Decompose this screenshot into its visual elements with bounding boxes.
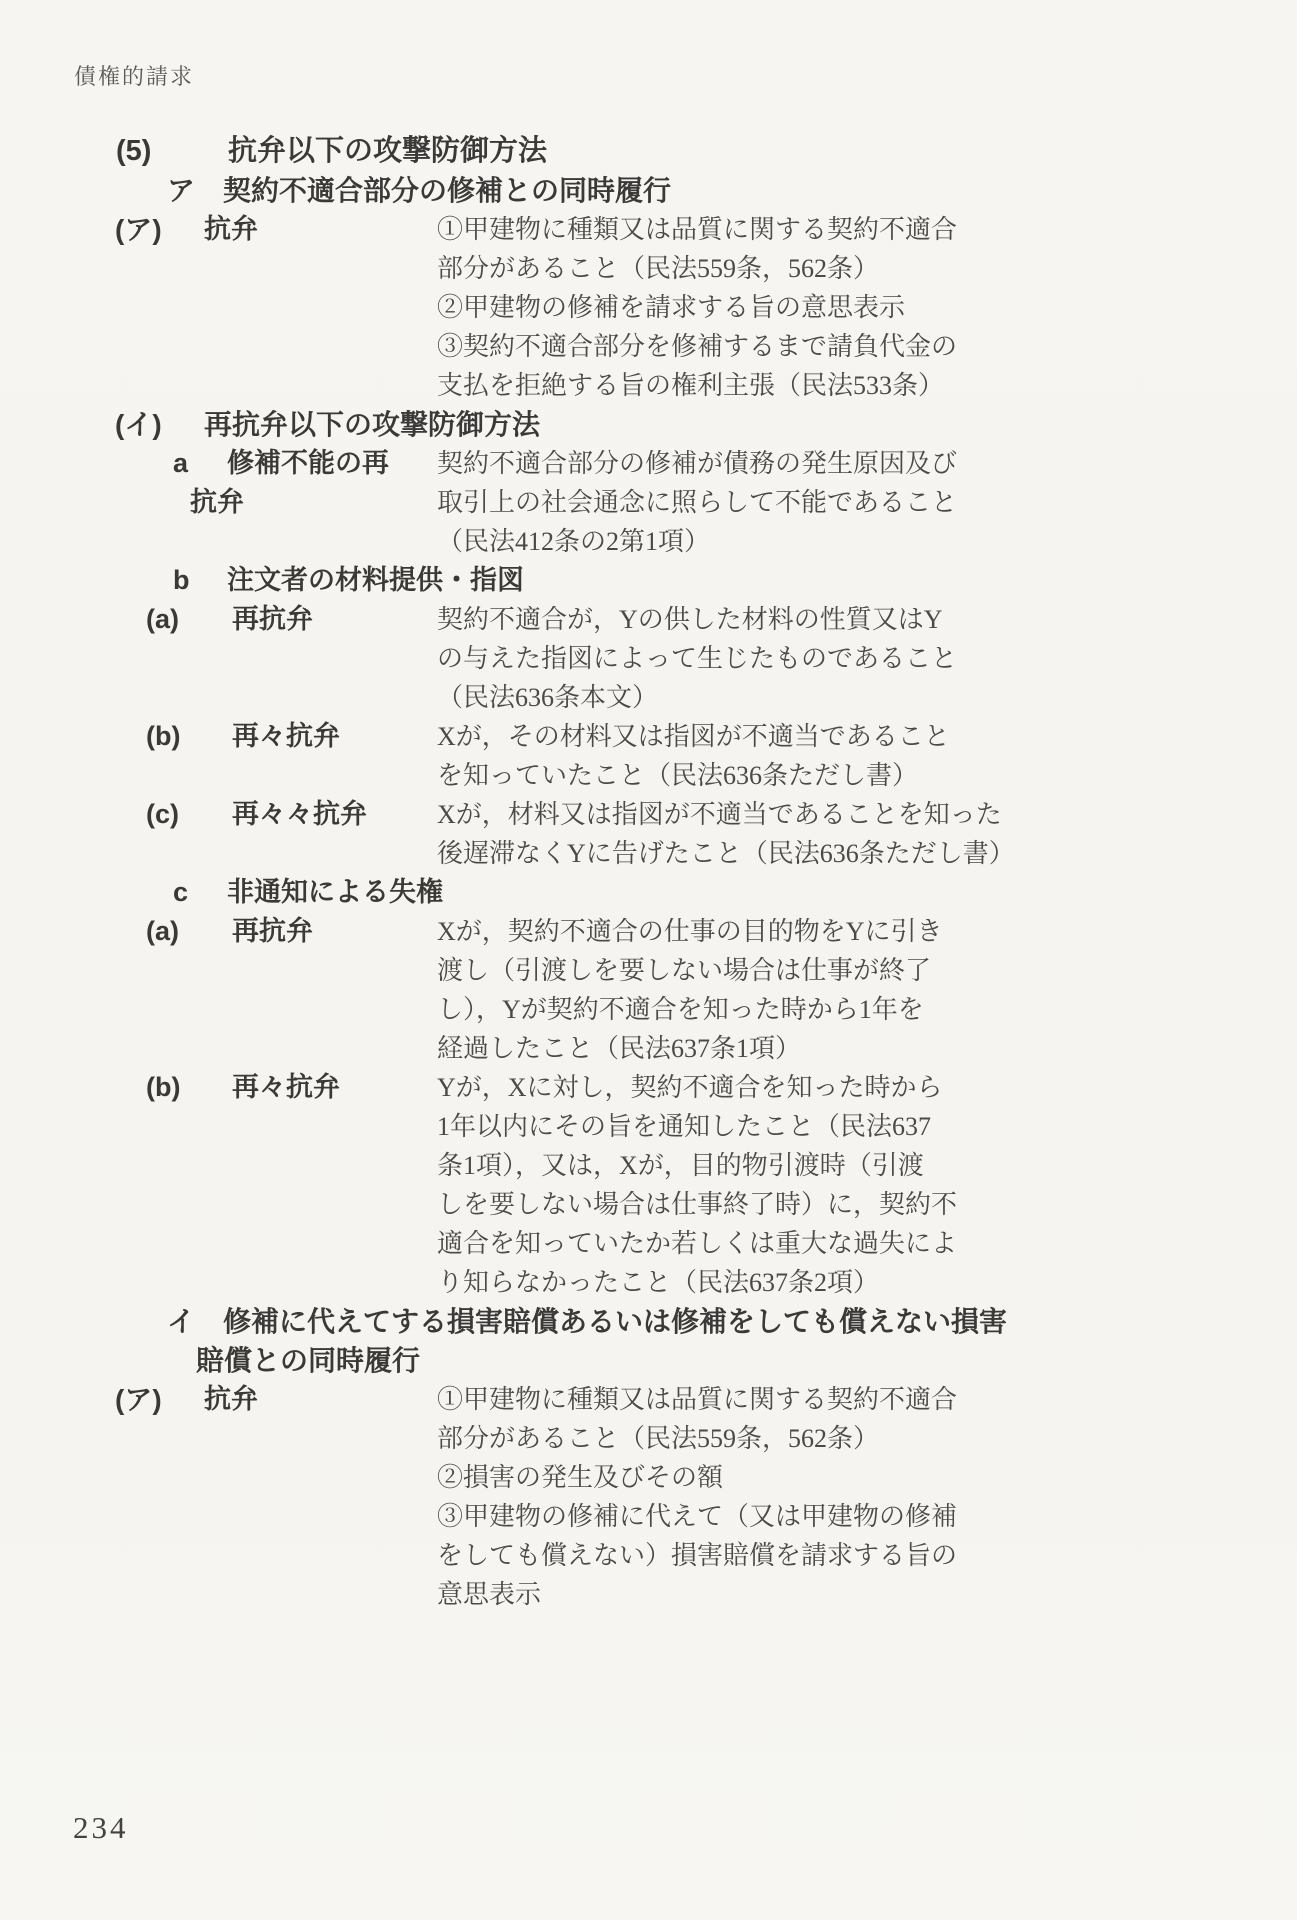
item-label: 再々々抗弁: [232, 795, 367, 834]
text-line: (b)再々抗弁Xが，その材料又は指図が不適当であること: [0, 717, 1297, 756]
heading-text: 再抗弁以下の攻撃防御方法: [204, 405, 540, 444]
text-line: ③甲建物の修補に代えて（又は甲建物の修補: [0, 1497, 1297, 1536]
item-label: 再抗弁: [232, 912, 313, 951]
content-line: を知っていたこと（民法636条ただし書）: [437, 756, 918, 795]
text-line: 抗弁取引上の社会通念に照らして不能であること: [0, 483, 1297, 522]
item-number: (ア): [115, 210, 162, 249]
text-line: 意思表示: [0, 1575, 1297, 1614]
content-line: ③契約不適合部分を修補するまで請負代金の: [437, 327, 957, 366]
heading-text: 賠償との同時履行: [196, 1341, 420, 1380]
heading-text: 抗弁以下の攻撃防御方法: [228, 132, 547, 171]
text-line: イ修補に代えてする損害賠償あるいは修補をしても償えない損害: [0, 1302, 1297, 1341]
text-line: (a)再抗弁Xが，契約不適合の仕事の目的物をYに引き: [0, 912, 1297, 951]
text-line: (a)再抗弁契約不適合が，Yの供した材料の性質又はY: [0, 600, 1297, 639]
item-number: (5): [116, 132, 151, 171]
content-line: しを要しない場合は仕事終了時）に，契約不: [437, 1185, 957, 1224]
text-line: 賠償との同時履行: [0, 1341, 1297, 1380]
content-line: 条1項），又は，Xが，目的物引渡時（引渡: [437, 1146, 924, 1185]
text-line: （民法412条の2第1項）: [0, 522, 1297, 561]
text-line: 適合を知っていたか若しくは重大な過失によ: [0, 1224, 1297, 1263]
heading-text: 修補に代えてする損害賠償あるいは修補をしても償えない損害: [223, 1302, 1007, 1341]
content-line: Xが，契約不適合の仕事の目的物をYに引き: [437, 912, 943, 951]
item-label: 抗弁: [204, 1380, 258, 1419]
content-line: の与えた指図によって生じたものであること: [437, 639, 957, 678]
content-line: ②甲建物の修補を請求する旨の意思表示: [437, 288, 905, 327]
content-line: 適合を知っていたか若しくは重大な過失によ: [437, 1224, 957, 1263]
text-line: の与えた指図によって生じたものであること: [0, 639, 1297, 678]
content-line: し），Yが契約不適合を知った時から1年を: [437, 990, 924, 1029]
text-line: 渡し（引渡しを要しない場合は仕事が終了: [0, 951, 1297, 990]
text-line: (b)再々抗弁Yが，Xに対し，契約不適合を知った時から: [0, 1068, 1297, 1107]
text-line: ②損害の発生及びその額: [0, 1458, 1297, 1497]
item-number: ア: [167, 171, 195, 210]
text-line: (ア)抗弁①甲建物に種類又は品質に関する契約不適合: [0, 1380, 1297, 1419]
text-line: (ア)抗弁①甲建物に種類又は品質に関する契約不適合: [0, 210, 1297, 249]
text-line: 後遅滞なくYに告げたこと（民法636条ただし書）: [0, 834, 1297, 873]
content-line: 契約不適合部分の修補が債務の発生原因及び: [437, 444, 957, 483]
content-line: ①甲建物に種類又は品質に関する契約不適合: [437, 1380, 957, 1419]
text-line: （民法636条本文）: [0, 678, 1297, 717]
text-line: ③契約不適合部分を修補するまで請負代金の: [0, 327, 1297, 366]
text-line: しを要しない場合は仕事終了時）に，契約不: [0, 1185, 1297, 1224]
text-line: ア契約不適合部分の修補との同時履行: [0, 171, 1297, 210]
content-line: 渡し（引渡しを要しない場合は仕事が終了: [437, 951, 931, 990]
text-line: し），Yが契約不適合を知った時から1年を: [0, 990, 1297, 1029]
book-page: 債権的請求 (5)抗弁以下の攻撃防御方法ア契約不適合部分の修補との同時履行(ア)…: [0, 0, 1297, 1920]
item-number: イ: [167, 1302, 195, 1341]
item-number: a: [173, 444, 188, 483]
text-line: 経過したこと（民法637条1項）: [0, 1029, 1297, 1068]
text-line: a修補不能の再契約不適合部分の修補が債務の発生原因及び: [0, 444, 1297, 483]
item-label: 抗弁: [190, 483, 244, 522]
item-number: (a): [146, 912, 179, 951]
heading-text: 注文者の材料提供・指図: [227, 561, 524, 600]
text-line: 条1項），又は，Xが，目的物引渡時（引渡: [0, 1146, 1297, 1185]
running-header: 債権的請求: [74, 60, 194, 91]
text-line: 1年以内にその旨を通知したこと（民法637: [0, 1107, 1297, 1146]
content-line: 取引上の社会通念に照らして不能であること: [437, 483, 957, 522]
heading-text: 契約不適合部分の修補との同時履行: [223, 171, 671, 210]
text-line: c非通知による失権: [0, 873, 1297, 912]
item-number: (b): [146, 1068, 180, 1107]
content-line: 契約不適合が，Yの供した材料の性質又はY: [437, 600, 943, 639]
text-line: 部分があること（民法559条，562条）: [0, 249, 1297, 288]
text-line: (c)再々々抗弁Xが，材料又は指図が不適当であることを知った: [0, 795, 1297, 834]
document-body: (5)抗弁以下の攻撃防御方法ア契約不適合部分の修補との同時履行(ア)抗弁①甲建物…: [0, 132, 1297, 1614]
heading-text: 非通知による失権: [227, 873, 443, 912]
content-line: り知らなかったこと（民法637条2項）: [437, 1263, 879, 1302]
text-line: をしても償えない）損害賠償を請求する旨の: [0, 1536, 1297, 1575]
item-label: 再抗弁: [232, 600, 313, 639]
heading-text: 修補不能の再: [227, 444, 389, 483]
item-label: 再々抗弁: [232, 717, 340, 756]
content-line: をしても償えない）損害賠償を請求する旨の: [437, 1536, 957, 1575]
page-number: 234: [73, 1810, 129, 1846]
text-line: 部分があること（民法559条，562条）: [0, 1419, 1297, 1458]
item-number: (b): [146, 717, 180, 756]
text-line: (イ)再抗弁以下の攻撃防御方法: [0, 405, 1297, 444]
content-line: ③甲建物の修補に代えて（又は甲建物の修補: [437, 1497, 957, 1536]
item-number: b: [173, 561, 190, 600]
content-line: Xが，材料又は指図が不適当であることを知った: [437, 795, 1002, 834]
content-line: （民法412条の2第1項）: [437, 522, 710, 561]
item-number: (ア): [115, 1380, 162, 1419]
content-line: Xが，その材料又は指図が不適当であること: [437, 717, 950, 756]
text-line: (5)抗弁以下の攻撃防御方法: [0, 132, 1297, 171]
content-line: Yが，Xに対し，契約不適合を知った時から: [437, 1068, 943, 1107]
content-line: ②損害の発生及びその額: [437, 1458, 723, 1497]
text-line: b注文者の材料提供・指図: [0, 561, 1297, 600]
text-line: を知っていたこと（民法636条ただし書）: [0, 756, 1297, 795]
text-line: り知らなかったこと（民法637条2項）: [0, 1263, 1297, 1302]
content-line: 後遅滞なくYに告げたこと（民法636条ただし書）: [437, 834, 1015, 873]
item-number: (c): [146, 795, 179, 834]
item-number: (a): [146, 600, 179, 639]
content-line: （民法636条本文）: [437, 678, 658, 717]
content-line: ①甲建物に種類又は品質に関する契約不適合: [437, 210, 957, 249]
content-line: 1年以内にその旨を通知したこと（民法637: [437, 1107, 931, 1146]
content-line: 支払を拒絶する旨の権利主張（民法533条）: [437, 366, 944, 405]
content-line: 経過したこと（民法637条1項）: [437, 1029, 801, 1068]
item-label: 再々抗弁: [232, 1068, 340, 1107]
item-label: 抗弁: [204, 210, 258, 249]
content-line: 部分があること（民法559条，562条）: [437, 1419, 879, 1458]
item-number: (イ): [115, 405, 162, 444]
content-line: 意思表示: [437, 1575, 541, 1614]
text-line: 支払を拒絶する旨の権利主張（民法533条）: [0, 366, 1297, 405]
text-line: ②甲建物の修補を請求する旨の意思表示: [0, 288, 1297, 327]
item-number: c: [173, 873, 188, 912]
content-line: 部分があること（民法559条，562条）: [437, 249, 879, 288]
